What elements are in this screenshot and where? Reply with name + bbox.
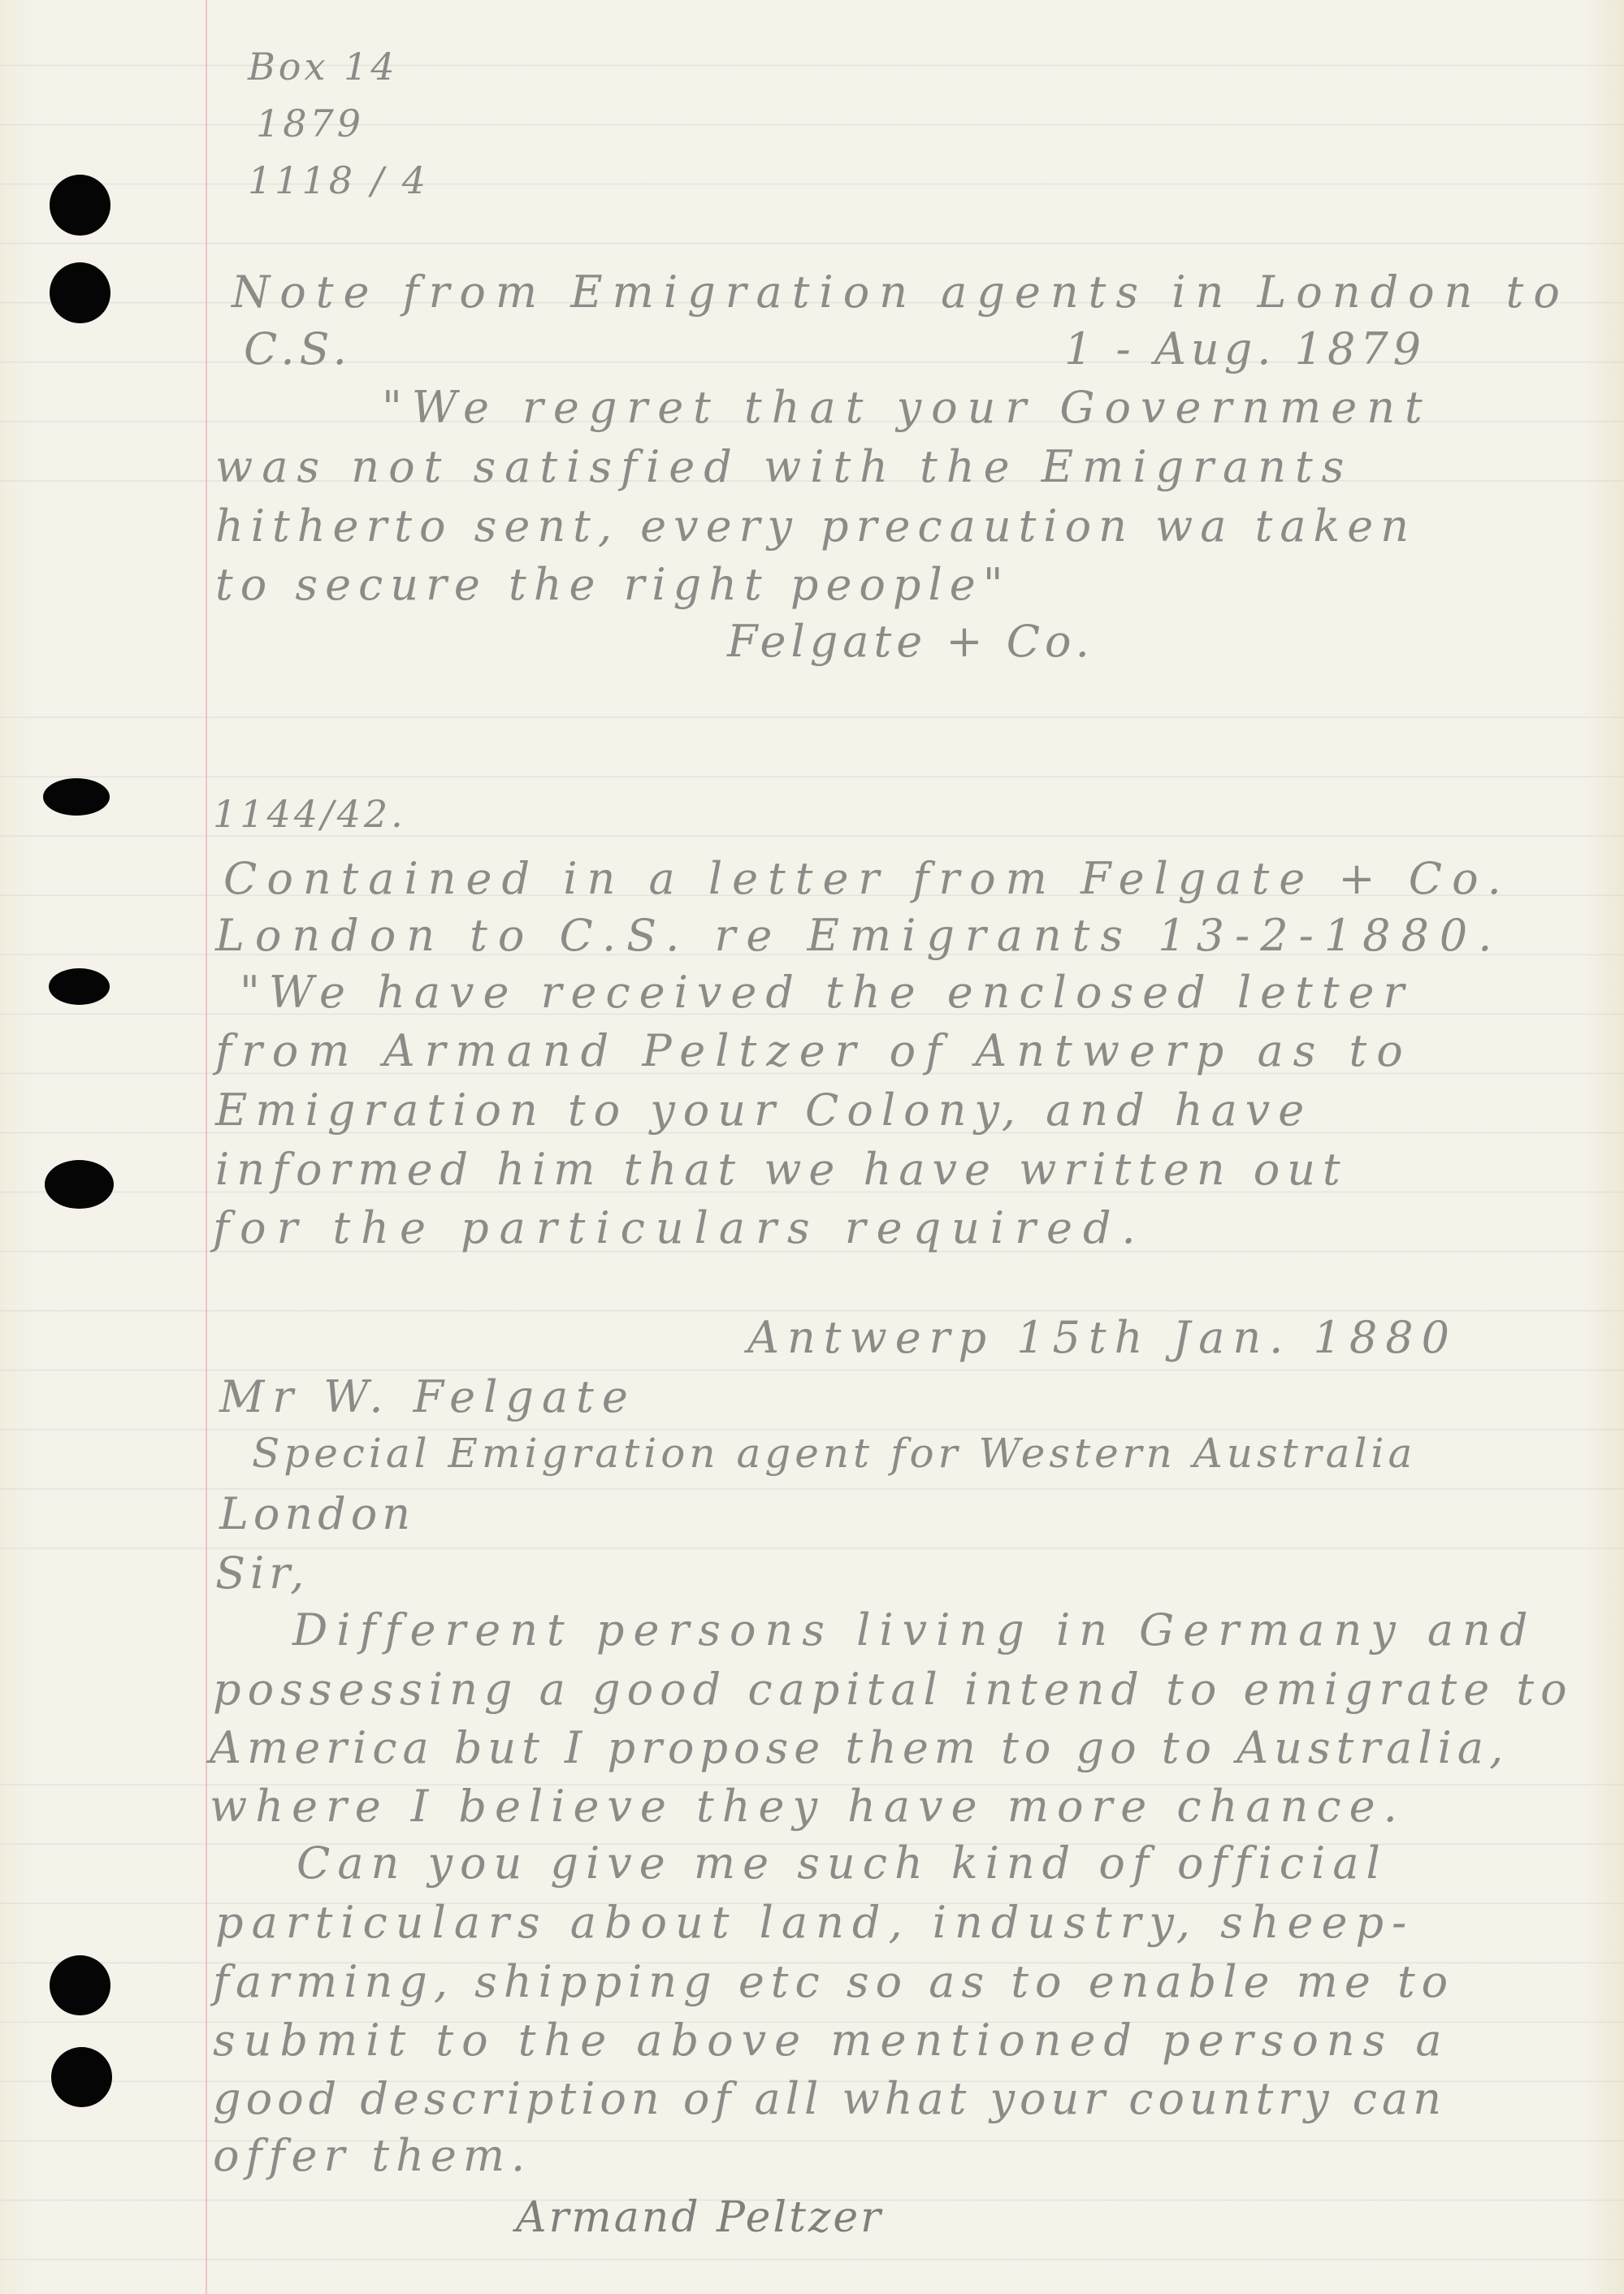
entry-2-quote-line: informed him that we have written out bbox=[215, 1144, 1348, 1195]
entry-1-date: 1 - Aug. 1879 bbox=[1064, 323, 1426, 374]
entry-2-intro-line: Contained in a letter from Felgate + Co. bbox=[223, 853, 1511, 904]
box-number: Box 14 bbox=[248, 45, 398, 89]
letter-body-line: particulars about land, industry, sheep- bbox=[215, 1897, 1414, 1948]
entry-1-quote-line: hitherto sent, every precaution wa taken bbox=[215, 500, 1416, 552]
letter-signature: Armand Peltzer bbox=[516, 2193, 883, 2242]
year-label: 1879 bbox=[256, 102, 364, 145]
punch-hole bbox=[50, 1955, 110, 2015]
entry-1-heading: Note from Emigration agents in London to bbox=[232, 266, 1570, 318]
entry-2-quote-line: for the particulars required. bbox=[213, 1202, 1146, 1253]
punch-hole bbox=[45, 1160, 114, 1209]
punch-hole bbox=[50, 175, 110, 236]
document-page: Box 14 1879 1118 / 4 Note from Emigratio… bbox=[0, 0, 1624, 2294]
letter-body-line: possessing a good capital intend to emig… bbox=[213, 1664, 1574, 1715]
letter-body-line: Different persons living in Germany and bbox=[292, 1604, 1536, 1656]
entry-2-quote-line: "We have received the enclosed letter bbox=[240, 967, 1413, 1018]
punch-hole bbox=[43, 778, 110, 816]
letter-addressee-line: Mr W. Felgate bbox=[219, 1371, 636, 1422]
letter-place-date: Antwerp 15th Jan. 1880 bbox=[747, 1312, 1457, 1363]
letter-body-line: good description of all what your countr… bbox=[213, 2073, 1446, 2124]
punch-hole bbox=[51, 2047, 112, 2107]
letter-body-line: offer them. bbox=[213, 2130, 531, 2181]
letter-body-line: submit to the above mentioned persons a bbox=[213, 2015, 1450, 2066]
entry-1-signature: Felgate + Co. bbox=[727, 616, 1094, 667]
entry-2-intro-line: London to C.S. re Emigrants 13-2-1880. bbox=[215, 910, 1502, 961]
entry-2-quote-line: from Armand Peltzer of Antwerp as to bbox=[215, 1025, 1413, 1076]
margin-line bbox=[206, 0, 207, 2294]
entry-2-quote-line: Emigration to your Colony, and have bbox=[215, 1084, 1312, 1136]
letter-body-line: where I believe they have more chance. bbox=[210, 1781, 1405, 1832]
letter-addressee-line: Special Emigration agent for Western Aus… bbox=[252, 1430, 1416, 1477]
entry-1-quote-line: "We regret that your Government bbox=[382, 382, 1432, 433]
punch-hole bbox=[50, 262, 110, 323]
letter-salutation: Sir, bbox=[215, 1547, 309, 1599]
reference-number: 1118 / 4 bbox=[248, 158, 429, 202]
entry-2-reference: 1144/42. bbox=[213, 792, 406, 836]
letter-addressee-line: London bbox=[219, 1488, 415, 1539]
entry-1-quote-line: was not satisfied with the Emigrants bbox=[215, 441, 1353, 492]
letter-body-line: Can you give me such kind of official bbox=[297, 1837, 1388, 1889]
letter-body-line: farming, shipping etc so as to enable me… bbox=[213, 1956, 1454, 2007]
punch-hole bbox=[49, 968, 110, 1005]
letter-body-line: America but I propose them to go to Aust… bbox=[210, 1722, 1509, 1773]
entry-1-quote-line: to secure the right people" bbox=[215, 559, 1011, 610]
entry-1-cs: C.S. bbox=[244, 323, 352, 374]
